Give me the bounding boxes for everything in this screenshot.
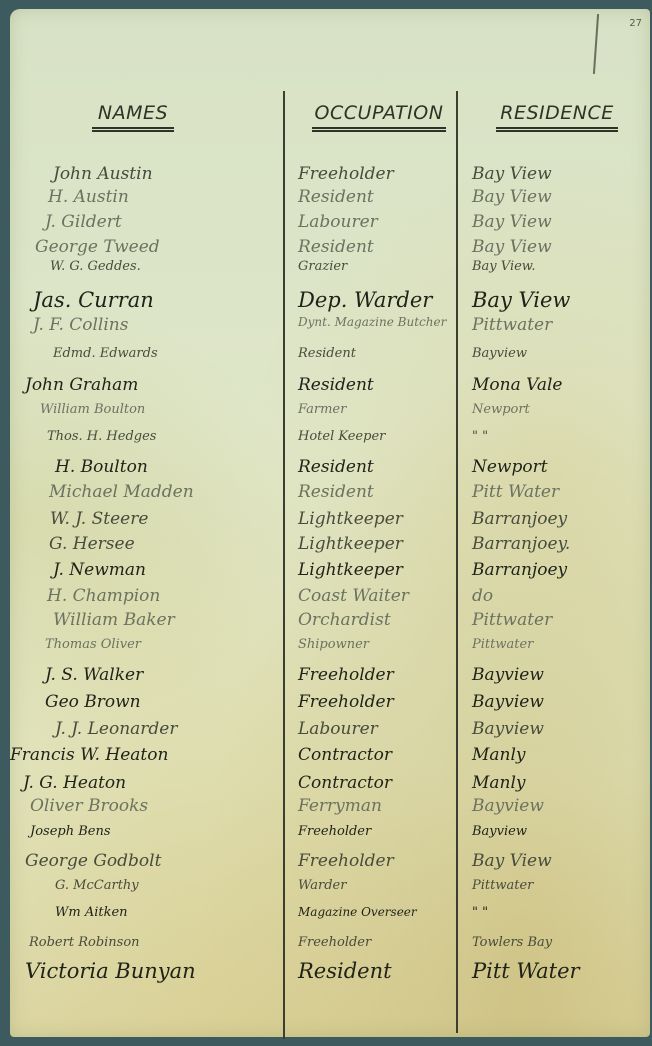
register-row: H. BoultonResidentNewport bbox=[10, 457, 650, 483]
entry-name: J. Newman bbox=[53, 560, 146, 580]
entry-residence: Barranjoey bbox=[472, 560, 567, 580]
register-page: 27 NAMES OCCUPATION RESIDENCE John Austi… bbox=[10, 9, 650, 1037]
register-row: G. HerseeLightkeeperBarranjoey. bbox=[10, 534, 650, 560]
entry-occupation: Dynt. Magazine Butcher bbox=[298, 315, 446, 329]
entry-occupation: Contractor bbox=[298, 745, 392, 765]
entry-occupation: Lightkeeper bbox=[298, 534, 403, 554]
entry-occupation: Hotel Keeper bbox=[298, 429, 385, 444]
register-row: William BakerOrchardistPittwater bbox=[10, 610, 650, 636]
entry-name: G. McCarthy bbox=[55, 878, 139, 893]
register-row: J. S. WalkerFreeholderBayview bbox=[10, 665, 650, 691]
entry-residence: Bayview bbox=[472, 346, 527, 361]
register-row: J. NewmanLightkeeperBarranjoey bbox=[10, 560, 650, 586]
entry-residence: Pittwater bbox=[472, 637, 533, 652]
entry-name: J. S. Walker bbox=[45, 665, 143, 685]
register-row: Thomas OliverShipownerPittwater bbox=[10, 637, 650, 663]
register-row: H. ChampionCoast Waiterdo bbox=[10, 586, 650, 612]
entry-name: Wm Aitken bbox=[55, 905, 128, 920]
entry-occupation: Freeholder bbox=[298, 692, 394, 712]
register-row: G. McCarthyWarderPittwater bbox=[10, 878, 650, 904]
entry-name: John Graham bbox=[25, 375, 138, 395]
entry-occupation: Ferryman bbox=[298, 796, 382, 816]
entry-residence: Barranjoey bbox=[472, 509, 567, 529]
register-row: John GrahamResidentMona Vale bbox=[10, 375, 650, 401]
register-row: J. F. CollinsDynt. Magazine ButcherPittw… bbox=[10, 315, 650, 341]
entry-occupation: Freeholder bbox=[298, 851, 394, 871]
header-underline bbox=[312, 127, 446, 132]
entry-occupation: Freeholder bbox=[298, 824, 371, 839]
entry-occupation: Resident bbox=[298, 959, 392, 983]
entry-name: Francis W. Heaton bbox=[10, 745, 168, 765]
entry-occupation: Resident bbox=[298, 187, 374, 207]
entry-name: William Boulton bbox=[40, 402, 145, 417]
register-row: H. AustinResidentBay View bbox=[10, 187, 650, 213]
entry-occupation: Lightkeeper bbox=[298, 509, 403, 529]
entry-residence: Barranjoey. bbox=[472, 534, 570, 554]
entry-occupation: Farmer bbox=[298, 402, 346, 417]
register-row: Wm AitkenMagazine Overseer" " bbox=[10, 905, 650, 931]
entry-residence: Pittwater bbox=[472, 878, 533, 893]
register-row: Oliver BrooksFerrymanBayview bbox=[10, 796, 650, 822]
entry-residence: Mona Vale bbox=[472, 375, 562, 395]
entry-residence: Bay View bbox=[472, 288, 570, 312]
entry-name: J. J. Leonarder bbox=[55, 719, 177, 739]
entry-residence: Bayview bbox=[472, 824, 527, 839]
entry-residence: Bay View bbox=[472, 212, 552, 232]
entry-residence: Bayview bbox=[472, 692, 544, 712]
header-occupation: OCCUPATION bbox=[312, 102, 446, 132]
register-row: Michael MaddenResidentPitt Water bbox=[10, 482, 650, 508]
page-number: 27 bbox=[629, 18, 642, 29]
entry-residence: Bay View. bbox=[472, 259, 536, 274]
entry-occupation: Freeholder bbox=[298, 164, 394, 184]
entry-name: Oliver Brooks bbox=[30, 796, 148, 816]
entry-occupation: Freeholder bbox=[298, 935, 371, 950]
header-residence: RESIDENCE bbox=[496, 102, 618, 132]
entry-occupation: Resident bbox=[298, 482, 374, 502]
entry-occupation: Labourer bbox=[298, 719, 378, 739]
entry-name: H. Champion bbox=[47, 586, 160, 606]
entry-residence: Newport bbox=[472, 402, 530, 417]
entry-name: Edmd. Edwards bbox=[53, 346, 158, 361]
entry-residence: Pittwater bbox=[472, 315, 552, 335]
entry-residence: Pitt Water bbox=[472, 482, 559, 502]
header-underline bbox=[92, 127, 174, 132]
entry-name: H. Boulton bbox=[55, 457, 148, 477]
entry-occupation: Lightkeeper bbox=[298, 560, 403, 580]
entry-occupation: Magazine Overseer bbox=[298, 905, 417, 919]
entry-residence: Bay View bbox=[472, 187, 552, 207]
entry-name: Thomas Oliver bbox=[45, 637, 141, 652]
entry-name: George Godbolt bbox=[25, 851, 161, 871]
register-row: Victoria BunyanResidentPitt Water bbox=[10, 959, 650, 985]
entry-occupation: Resident bbox=[298, 346, 356, 361]
entry-name: Geo Brown bbox=[45, 692, 141, 712]
entry-residence: Bayview bbox=[472, 665, 544, 685]
entry-residence: Manly bbox=[472, 773, 526, 793]
entry-residence: " " bbox=[472, 905, 488, 920]
entry-occupation: Coast Waiter bbox=[298, 586, 409, 606]
header-names-label: NAMES bbox=[92, 102, 174, 124]
entry-occupation: Warder bbox=[298, 878, 346, 893]
entry-occupation: Resident bbox=[298, 237, 374, 257]
entry-name: Jas. Curran bbox=[33, 288, 154, 312]
entry-residence: Bayview bbox=[472, 796, 544, 816]
entry-name: George Tweed bbox=[35, 237, 160, 257]
entry-occupation: Freeholder bbox=[298, 665, 394, 685]
register-row: J. J. LeonarderLabourerBayview bbox=[10, 719, 650, 745]
entry-name: William Baker bbox=[53, 610, 175, 630]
header-underline bbox=[496, 127, 618, 132]
entry-occupation: Contractor bbox=[298, 773, 392, 793]
entry-name: J. Gildert bbox=[45, 212, 122, 232]
entry-residence: Newport bbox=[472, 457, 548, 477]
entry-occupation: Labourer bbox=[298, 212, 378, 232]
entry-residence: Bayview bbox=[472, 719, 544, 739]
register-row: Thos. H. HedgesHotel Keeper" " bbox=[10, 429, 650, 455]
entry-name: W. J. Steere bbox=[50, 509, 148, 529]
entry-name: Victoria Bunyan bbox=[25, 959, 196, 983]
register-row: Joseph BensFreeholderBayview bbox=[10, 824, 650, 850]
register-row: W. G. Geddes.GrazierBay View. bbox=[10, 259, 650, 285]
entry-occupation: Grazier bbox=[298, 259, 347, 274]
register-row: W. J. SteereLightkeeperBarranjoey bbox=[10, 509, 650, 535]
entry-name: John Austin bbox=[53, 164, 153, 184]
entry-name: Joseph Bens bbox=[30, 824, 111, 839]
entry-name: Robert Robinson bbox=[29, 935, 140, 950]
entry-residence: Pitt Water bbox=[472, 959, 580, 983]
register-row: Edmd. EdwardsResidentBayview bbox=[10, 346, 650, 372]
entry-residence: Bay View bbox=[472, 164, 552, 184]
entry-residence: Manly bbox=[472, 745, 526, 765]
register-row: Jas. CurranDep. WarderBay View bbox=[10, 288, 650, 314]
header-names: NAMES bbox=[92, 102, 174, 132]
margin-pen-mark bbox=[593, 14, 599, 74]
register-row: J. GildertLabourerBay View bbox=[10, 212, 650, 238]
entry-residence: Bay View bbox=[472, 851, 552, 871]
entry-residence: do bbox=[472, 586, 493, 606]
entry-residence: Pittwater bbox=[472, 610, 552, 630]
entry-name: J. G. Heaton bbox=[23, 773, 126, 793]
entry-residence: Towlers Bay bbox=[472, 935, 552, 950]
entry-name: H. Austin bbox=[48, 187, 129, 207]
entry-name: Thos. H. Hedges bbox=[47, 429, 156, 444]
entry-occupation: Resident bbox=[298, 375, 374, 395]
register-row: Robert RobinsonFreeholderTowlers Bay bbox=[10, 935, 650, 961]
entry-occupation: Dep. Warder bbox=[298, 288, 432, 312]
entry-name: W. G. Geddes. bbox=[50, 259, 141, 274]
register-row: Francis W. HeatonContractorManly bbox=[10, 745, 650, 771]
entry-occupation: Orchardist bbox=[298, 610, 391, 630]
entry-name: G. Hersee bbox=[49, 534, 135, 554]
entry-occupation: Shipowner bbox=[298, 637, 369, 652]
header-residence-label: RESIDENCE bbox=[496, 102, 618, 124]
entry-name: Michael Madden bbox=[49, 482, 194, 502]
register-row: George GodboltFreeholderBay View bbox=[10, 851, 650, 877]
header-occupation-label: OCCUPATION bbox=[312, 102, 446, 124]
entry-residence: " " bbox=[472, 429, 488, 444]
register-row: Geo BrownFreeholderBayview bbox=[10, 692, 650, 718]
register-row: William BoultonFarmerNewport bbox=[10, 402, 650, 428]
entry-occupation: Resident bbox=[298, 457, 374, 477]
entry-residence: Bay View bbox=[472, 237, 552, 257]
entry-name: J. F. Collins bbox=[33, 315, 128, 335]
